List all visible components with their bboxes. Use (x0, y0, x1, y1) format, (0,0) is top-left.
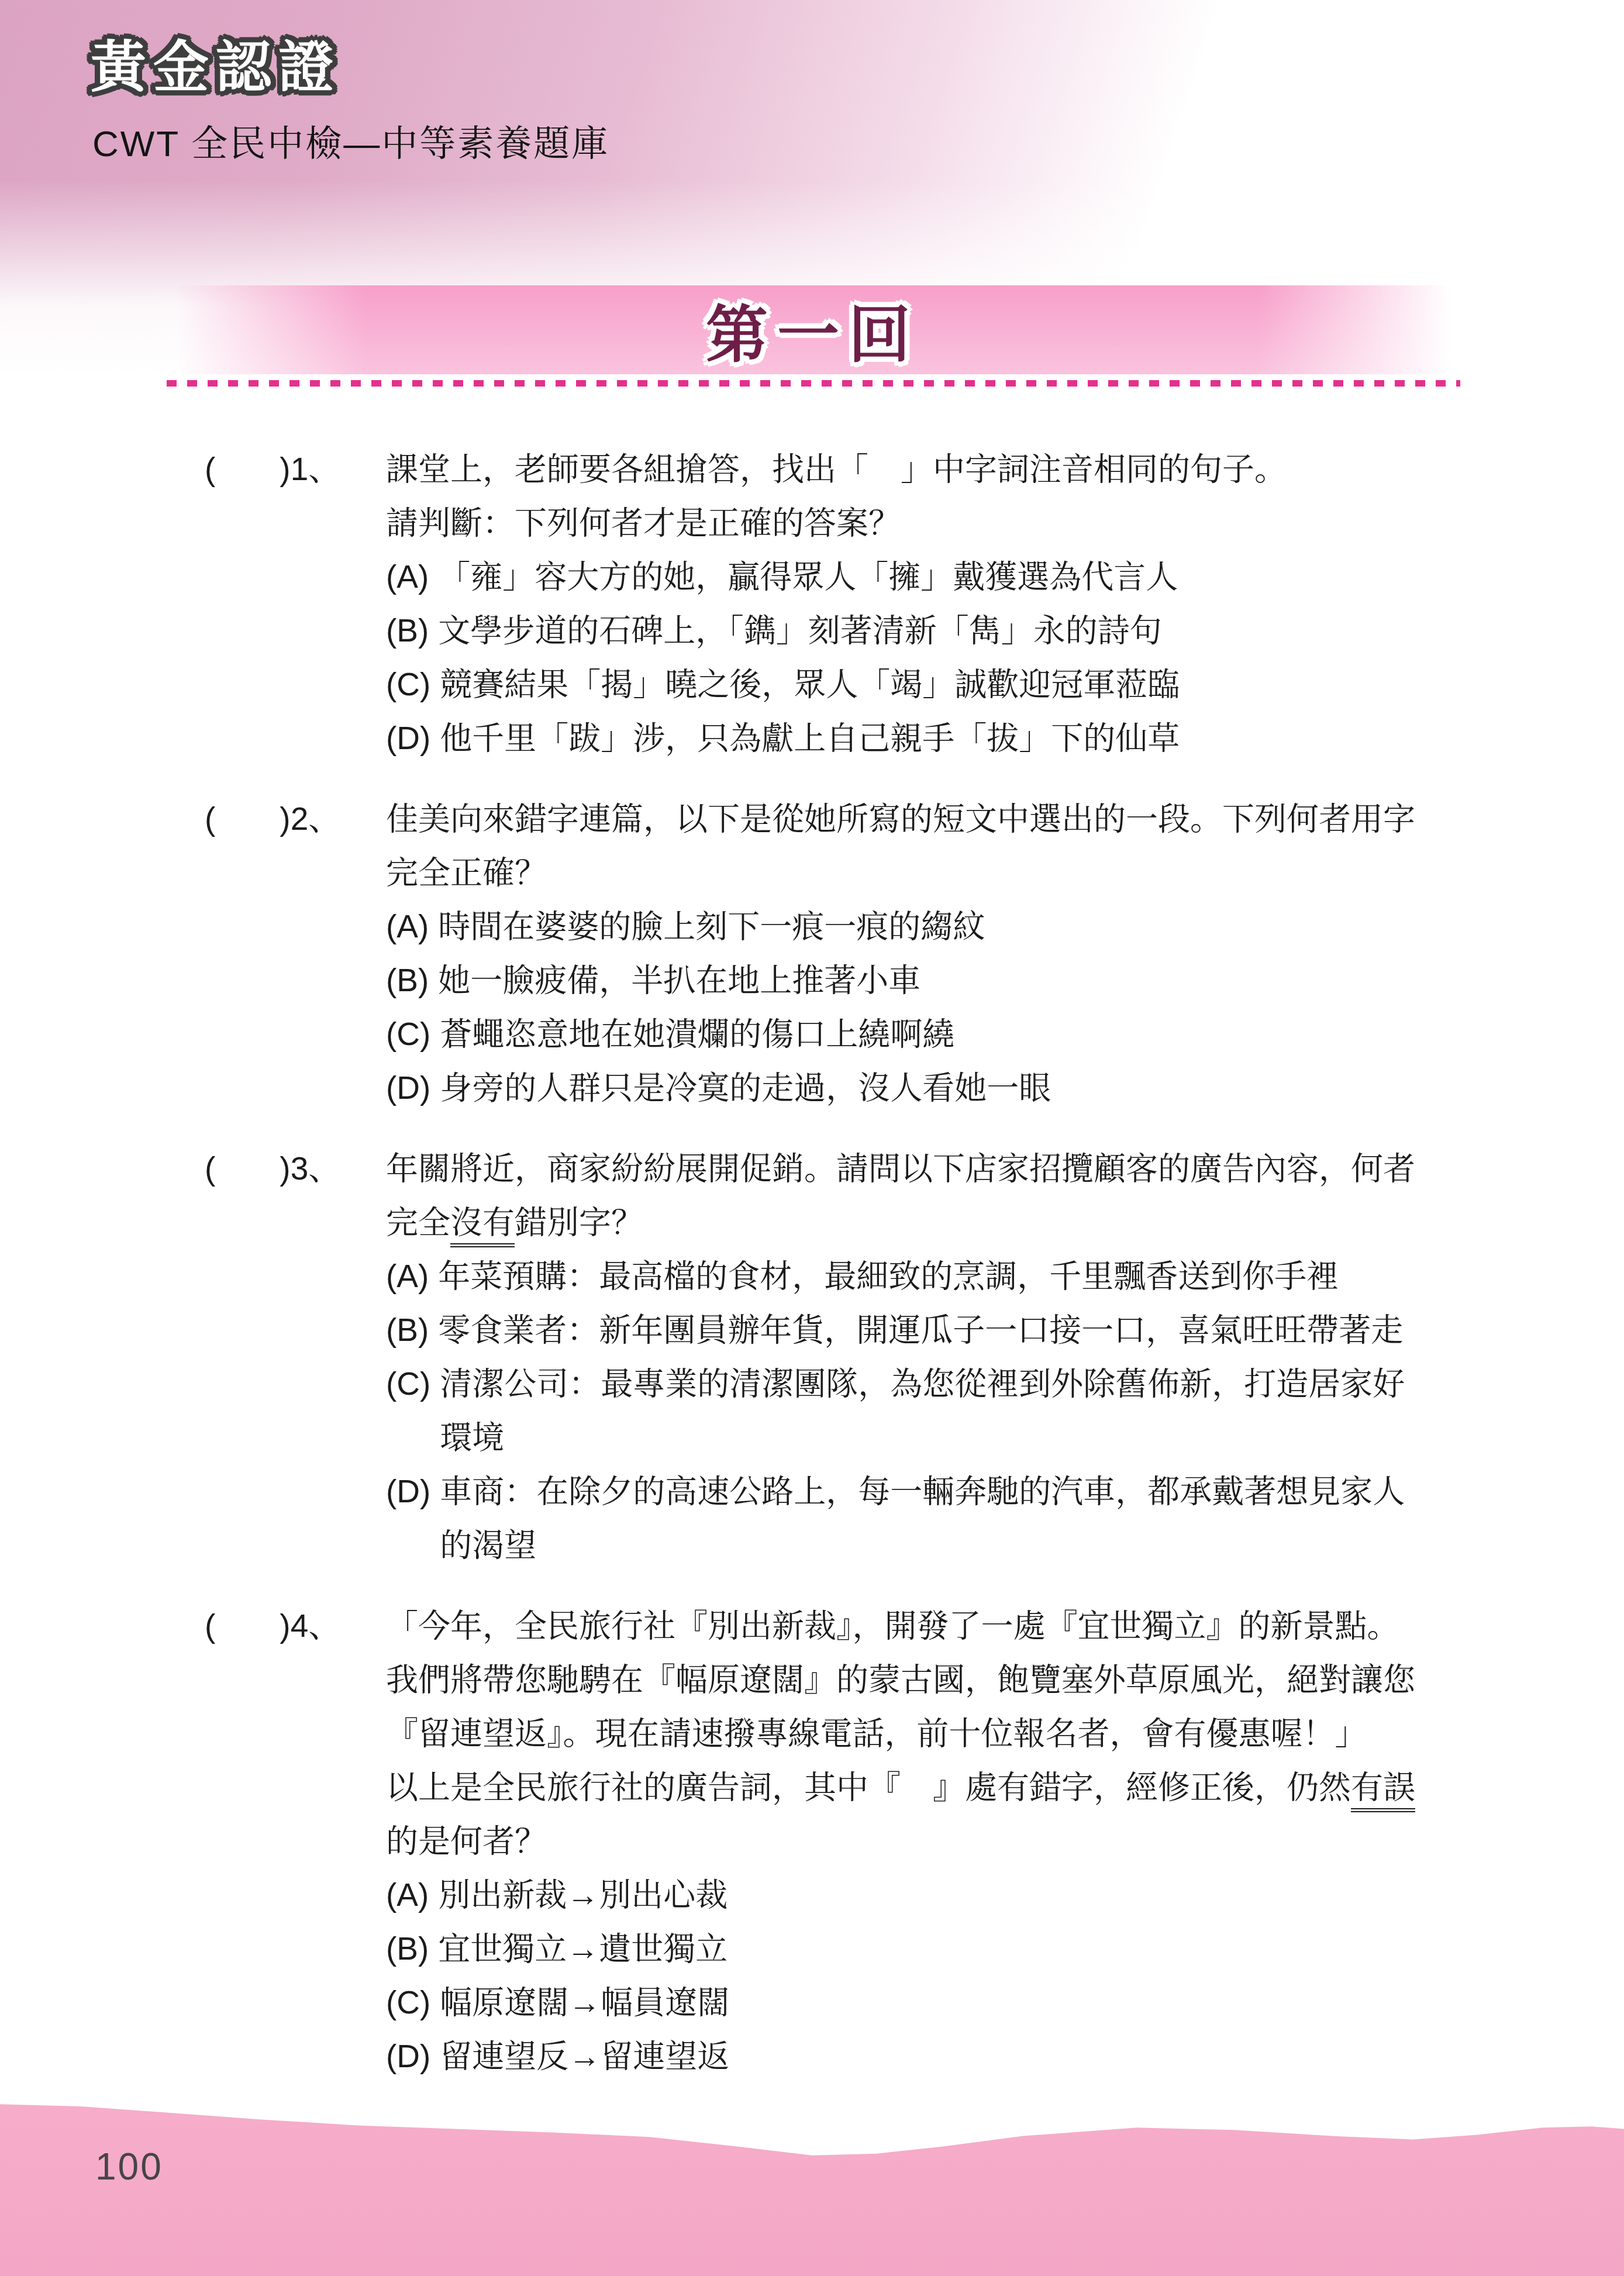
option-text-continuation: 環境 (440, 1411, 1474, 1464)
question-stem-line: 年關將近，商家紛紛展開促銷。請問以下店家招攬顧客的廣告內容，何者 (386, 1142, 1474, 1195)
question-1-number: ( )1、 (205, 442, 386, 765)
question-4-number: ( )4、 (205, 1599, 386, 2083)
option-D: (D) 他千里「跋」涉，只為獻上自己親手「拔」下的仙草 (386, 711, 1474, 765)
footer-watercolor-wave (0, 2099, 1624, 2276)
question-stem-line: 「今年，全民旅行社『別出新裁』，開發了一處『宜世獨立』的新景點。 (386, 1599, 1474, 1653)
series-title: 黃金認證 (91, 23, 341, 103)
question-stem-line: 完全正確？ (386, 846, 1474, 899)
option-label: (C) (386, 1975, 430, 2029)
option-label: (A) (386, 1868, 429, 1922)
option-text: 他千里「跋」涉，只為獻上自己親手「拔」下的仙草 (440, 711, 1474, 765)
option-B: (B) 文學步道的石碑上，「鐫」刻著清新「雋」永的詩句 (386, 604, 1474, 657)
question-3: ( )3、 年關將近，商家紛紛展開促銷。請問以下店家招攬顧客的廣告內容，何者 完… (205, 1142, 1474, 1572)
option-label: (D) (386, 1464, 430, 1518)
option-text: 幅原遼闊→幅員遼闊 (440, 1975, 1474, 2029)
option-A: (A) 年菜預購：最高檔的食材，最細致的烹調，千里飄香送到你手裡 (386, 1249, 1474, 1303)
questions-area: ( )1、 課堂上，老師要各組搶答，找出「 」中字詞注音相同的句子。 請判斷：下… (205, 442, 1474, 2083)
option-text: 她一臉疲備，半扒在地上推著小車 (438, 953, 1474, 1007)
double-underlined-text: 沒有 (450, 1204, 515, 1247)
question-2-body: 佳美向來錯字連篇，以下是從她所寫的短文中選出的一段。下列何者用字 完全正確？ (… (386, 792, 1474, 1115)
option-C: (C) 幅原遼闊→幅員遼闊 (386, 1975, 1474, 2029)
workbook-page: 黃金認證 CWT 全民中檢—中等素養題庫 第一回 ( )1、 課堂上，老師要各組… (0, 0, 1624, 2276)
option-label: (B) (386, 1922, 429, 1975)
option-text: 宜世獨立→遺世獨立 (438, 1922, 1474, 1975)
question-stem-line: 我們將帶您馳騁在『幅原遼闊』的蒙古國，飽覽塞外草原風光，絕對讓您 (386, 1653, 1474, 1706)
question-stem-line: 『留連望返』。現在請速撥專線電話，前十位報名者，會有優惠喔！」 (386, 1706, 1474, 1760)
round-banner: 第一回 (175, 285, 1450, 374)
question-3-body: 年關將近，商家紛紛展開促銷。請問以下店家招攬顧客的廣告內容，何者 完全沒有錯別字… (386, 1142, 1474, 1572)
option-A: (A) 「雍」容大方的她，贏得眾人「擁」戴獲選為代言人 (386, 550, 1474, 604)
option-label: (B) (386, 953, 429, 1007)
option-D: (D) 車商：在除夕的高速公路上，每一輛奔馳的汽車，都承戴著想見家人 的渴望 (386, 1464, 1474, 1572)
option-D: (D) 留連望反→留連望返 (386, 2029, 1474, 2083)
option-text: 蒼蠅恣意地在她潰爛的傷口上繞啊繞 (440, 1007, 1474, 1061)
question-4-body: 「今年，全民旅行社『別出新裁』，開發了一處『宜世獨立』的新景點。 我們將帶您馳騁… (386, 1599, 1474, 2083)
stem-text: 以上是全民旅行社的廣告詞，其中『 』處有錯字，經修正後，仍然 (386, 1769, 1351, 1805)
dashed-divider (167, 380, 1460, 387)
option-text-continuation: 的渴望 (440, 1518, 1474, 1572)
option-C: (C) 競賽結果「揭」曉之後，眾人「竭」誠歡迎冠軍蒞臨 (386, 657, 1474, 711)
option-label: (C) (386, 1357, 430, 1411)
option-B: (B) 宜世獨立→遺世獨立 (386, 1922, 1474, 1975)
answer-blank: ( ) (205, 1150, 291, 1187)
option-label: (C) (386, 1007, 430, 1061)
option-label: (B) (386, 604, 429, 657)
option-D: (D) 身旁的人群只是冷寞的走過，沒人看她一眼 (386, 1061, 1474, 1115)
question-stem-line-underlined: 完全沒有錯別字？ (386, 1195, 1474, 1249)
option-text: 清潔公司：最專業的清潔團隊，為您從裡到外除舊佈新，打造居家好 (440, 1357, 1474, 1411)
option-text: 「雍」容大方的她，贏得眾人「擁」戴獲選為代言人 (438, 550, 1474, 604)
answer-blank: ( ) (205, 451, 291, 487)
answer-blank: ( ) (205, 801, 291, 837)
question-stem-line: 佳美向來錯字連篇，以下是從她所寫的短文中選出的一段。下列何者用字 (386, 792, 1474, 846)
option-B: (B) 零食業者：新年團員辦年貨，開運瓜子一口接一口，喜氣旺旺帶著走 (386, 1303, 1474, 1357)
option-text: 文學步道的石碑上，「鐫」刻著清新「雋」永的詩句 (438, 604, 1474, 657)
question-2: ( )2、 佳美向來錯字連篇，以下是從她所寫的短文中選出的一段。下列何者用字 完… (205, 792, 1474, 1115)
page-number: 100 (95, 2145, 163, 2188)
option-text: 別出新裁→別出心裁 (438, 1868, 1474, 1922)
option-C: (C) 蒼蠅恣意地在她潰爛的傷口上繞啊繞 (386, 1007, 1474, 1061)
question-stem-line: 的是何者？ (386, 1814, 1474, 1868)
question-number-label: 1、 (291, 451, 341, 487)
option-C: (C) 清潔公司：最專業的清潔團隊，為您從裡到外除舊佈新，打造居家好 環境 (386, 1357, 1474, 1464)
question-1-body: 課堂上，老師要各組搶答，找出「 」中字詞注音相同的句子。 請判斷：下列何者才是正… (386, 442, 1474, 765)
option-label: (C) (386, 657, 430, 711)
option-label: (A) (386, 1249, 429, 1303)
option-label: (A) (386, 899, 429, 953)
option-text: 年菜預購：最高檔的食材，最細致的烹調，千里飄香送到你手裡 (438, 1249, 1474, 1303)
question-stem-line-underlined: 以上是全民旅行社的廣告詞，其中『 』處有錯字，經修正後，仍然有誤 (386, 1760, 1474, 1814)
book-subtitle: CWT 全民中檢—中等素養題庫 (92, 115, 609, 167)
option-text: 身旁的人群只是冷寞的走過，沒人看她一眼 (440, 1061, 1474, 1115)
question-1: ( )1、 課堂上，老師要各組搶答，找出「 」中字詞注音相同的句子。 請判斷：下… (205, 442, 1474, 765)
option-text: 零食業者：新年團員辦年貨，開運瓜子一口接一口，喜氣旺旺帶著走 (438, 1303, 1474, 1357)
option-label: (B) (386, 1303, 429, 1357)
option-label: (A) (386, 550, 429, 604)
option-label: (D) (386, 2029, 430, 2083)
option-text: 競賽結果「揭」曉之後，眾人「竭」誠歡迎冠軍蒞臨 (440, 657, 1474, 711)
option-text: 時間在婆婆的臉上刻下一痕一痕的縐紋 (438, 899, 1474, 953)
stem-text: 錯別字？ (515, 1204, 643, 1240)
stem-text: 完全 (386, 1204, 450, 1240)
option-A: (A) 時間在婆婆的臉上刻下一痕一痕的縐紋 (386, 899, 1474, 953)
question-3-number: ( )3、 (205, 1142, 386, 1572)
double-underlined-text: 有誤 (1351, 1769, 1415, 1812)
option-B: (B) 她一臉疲備，半扒在地上推著小車 (386, 953, 1474, 1007)
option-label: (D) (386, 711, 430, 765)
question-number-label: 2、 (291, 801, 341, 837)
question-4: ( )4、 「今年，全民旅行社『別出新裁』，開發了一處『宜世獨立』的新景點。 我… (205, 1599, 1474, 2083)
option-text: 留連望反→留連望返 (440, 2029, 1474, 2083)
question-2-number: ( )2、 (205, 792, 386, 1115)
option-A: (A) 別出新裁→別出心裁 (386, 1868, 1474, 1922)
answer-blank: ( ) (205, 1608, 291, 1644)
question-stem-line: 請判斷：下列何者才是正確的答案？ (386, 496, 1474, 550)
question-stem-line: 課堂上，老師要各組搶答，找出「 」中字詞注音相同的句子。 (386, 442, 1474, 496)
question-number-label: 3、 (291, 1150, 341, 1187)
option-label: (D) (386, 1061, 430, 1115)
option-text: 車商：在除夕的高速公路上，每一輛奔馳的汽車，都承戴著想見家人 (440, 1464, 1474, 1518)
question-number-label: 4、 (291, 1608, 341, 1644)
round-title: 第一回 (706, 285, 920, 374)
